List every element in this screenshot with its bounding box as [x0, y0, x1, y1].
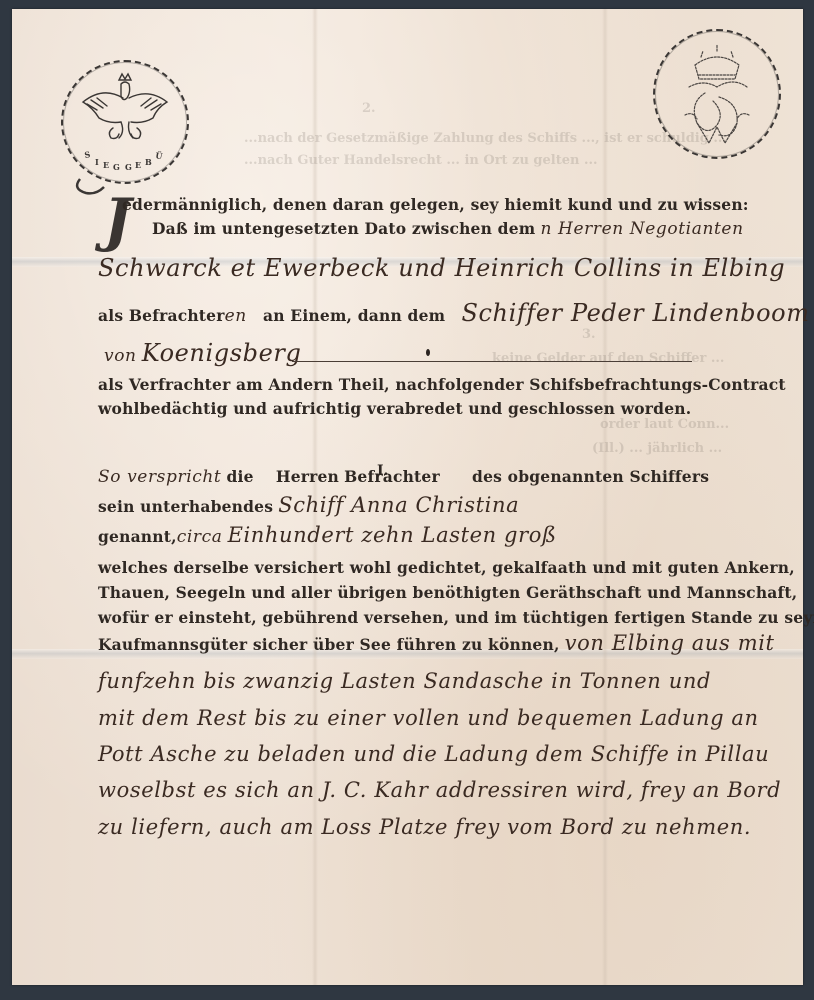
section-line: Kaufmannsgüter sicher über See führen zu…	[98, 631, 775, 655]
handwritten-city: Koenigsberg	[142, 339, 302, 367]
handwritten-text: n Herren Negotianten	[540, 219, 743, 239]
handwritten-cargo-line: woselbst es sich an J. C. Kahr addressir…	[98, 778, 781, 802]
bleed-through-text: (Ill.) ... jährlich ...	[592, 441, 722, 456]
svg-text:B: B	[145, 157, 152, 167]
handwritten-parties-line: Schwarck et Ewerbeck und Heinrich Collin…	[98, 254, 785, 282]
fill-line	[292, 361, 692, 362]
svg-text:E: E	[103, 160, 109, 170]
preamble-line: Daß im untengesetzten Dato zwischen dem …	[152, 219, 744, 239]
handwritten-cargo-line: zu liefern, auch am Loss Platze frey vom…	[98, 815, 751, 839]
document-page: 2. ...nach der Gesetzmäßige Zahlung des …	[12, 9, 803, 985]
preamble-line: edermänniglich, denen daran gelegen, sey…	[122, 195, 749, 214]
handwritten-text: circa	[177, 527, 223, 547]
preamble-line: als Verfrachter am Andern Theil, nachfol…	[98, 375, 786, 394]
section-line: Thauen, Seegeln und aller übrigen benöth…	[98, 583, 797, 602]
print-text: Befrachter	[344, 467, 440, 486]
bleed-through-number: 3.	[582, 327, 596, 342]
svg-text:Ü: Ü	[155, 150, 164, 161]
svg-text:G: G	[113, 162, 120, 172]
svg-text:G: G	[125, 162, 132, 172]
print-text: an Einem, dann dem	[263, 306, 445, 325]
section-line: wofür er einsteht, gebührend versehen, u…	[98, 608, 814, 627]
section-line: welches derselbe versichert wohl gedicht…	[98, 558, 795, 577]
crown-monogram-icon	[655, 31, 779, 157]
eagle-icon: S I E G G E B Ü	[63, 62, 187, 182]
bleed-through-text: keine Gelder auf den Schiffer ...	[492, 351, 724, 366]
print-text: die	[226, 467, 253, 486]
svg-text:E: E	[135, 160, 141, 170]
print-text: Kaufmannsgüter sicher über See führen zu…	[98, 635, 560, 654]
print-text: als Befrachter	[98, 306, 225, 325]
handwritten-cargo-line: funfzehn bis zwanzig Lasten Sandasche in…	[98, 669, 711, 693]
bleed-through-text: order laut Conn...	[600, 417, 729, 432]
handwritten-cargo-line: mit dem Rest bis zu einer vollen und beq…	[98, 706, 759, 730]
bleed-through-number: 2.	[362, 101, 376, 116]
print-text: Herren	[276, 467, 339, 486]
print-text: des obgenannten Schiffers	[472, 467, 709, 486]
section-line: sein unterhabendes Schiff Anna Christina	[98, 493, 519, 517]
section-line: genannt,circa Einhundert zehn Lasten gro…	[98, 523, 557, 547]
handwritten-ship-name: Schiff Anna Christina	[278, 493, 519, 517]
eagle-seal-stamp: S I E G G E B Ü	[61, 60, 189, 184]
handwritten-text: So verspricht	[98, 467, 221, 487]
ink-blot	[426, 349, 430, 356]
handwritten-origin-line: von Koenigsberg	[104, 339, 301, 367]
svg-text:S: S	[84, 149, 92, 160]
print-text: sein unterhabendes	[98, 497, 273, 516]
handwritten-skipper-name: Schiffer Peder Lindenboom	[461, 299, 809, 327]
section-line: So verspricht die Herren Befrachter des …	[98, 467, 709, 487]
handwritten-text: von	[104, 346, 137, 366]
handwritten-text: en	[225, 306, 247, 326]
preamble-line: als Befrachteren an Einem, dann dem Schi…	[98, 299, 810, 327]
handwritten-cargo-line: Pott Asche zu beladen und die Ladung dem…	[98, 742, 769, 766]
preamble-line: wohlbedächtig und aufrichtig verabredet …	[98, 399, 691, 418]
monogram-seal-stamp	[653, 29, 781, 159]
svg-text:I: I	[95, 157, 99, 167]
handwritten-text: von Elbing aus mit	[565, 631, 775, 655]
print-text: Daß im untengesetzten Dato zwischen dem	[152, 219, 535, 238]
print-text: genannt,	[98, 527, 177, 546]
bleed-through-text: ...nach Guter Handelsrecht ... in Ort zu…	[244, 153, 598, 168]
handwritten-tonnage: Einhundert zehn Lasten groß	[228, 523, 557, 547]
